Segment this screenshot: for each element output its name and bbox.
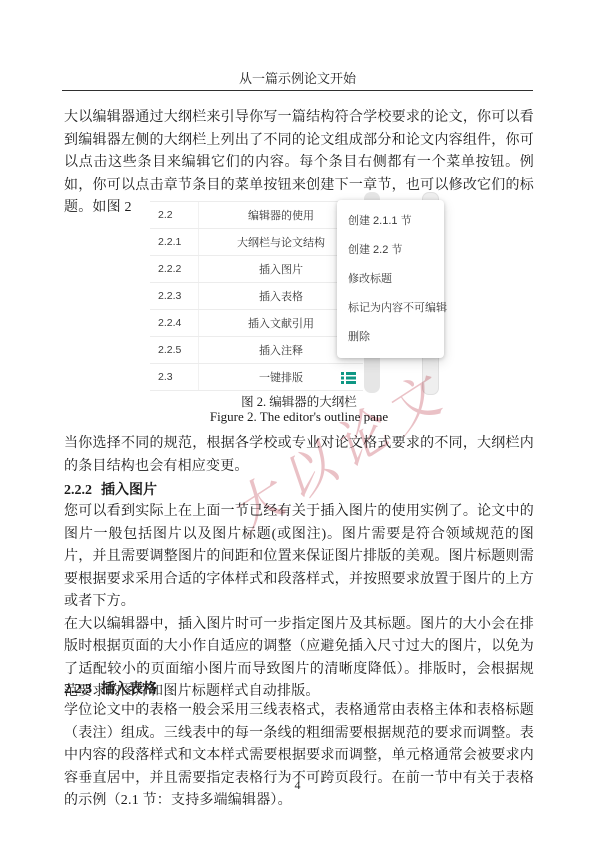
outline-row-number: 2.2.2 bbox=[150, 256, 199, 282]
document-page: 从一篇示例论文开始 大以编辑器通过大纲栏来引导你写一篇结构符合学校要求的论文，你… bbox=[0, 0, 595, 842]
outline-row-number: 2.2.1 bbox=[150, 229, 199, 255]
outline-row-number: 2.3 bbox=[150, 364, 199, 390]
section-number: 2.2.3 bbox=[64, 682, 92, 697]
outline-row: 2.2.5插入注释 bbox=[150, 337, 363, 364]
outline-row-number: 2.2.4 bbox=[150, 310, 199, 336]
menu-item: 创建 2.2 节 bbox=[337, 236, 444, 265]
outline-row-number: 2.2.5 bbox=[150, 337, 199, 363]
menu-item: 删除 bbox=[337, 323, 444, 352]
page-number: 4 bbox=[0, 778, 595, 793]
outline-row: 2.2.3插入表格 bbox=[150, 283, 363, 310]
menu-item: 创建 2.1.1 节 bbox=[337, 207, 444, 236]
running-header: 从一篇示例论文开始 bbox=[62, 68, 533, 91]
paragraph: 您可以看到实际上在上面一节已经有关于插入图片的使用实例了。论文中的图片一般包括图… bbox=[64, 501, 534, 614]
outline-row: 2.2.4插入文献引用 bbox=[150, 310, 363, 337]
outline-row-number: 2.2 bbox=[150, 202, 199, 228]
outline-row: 2.2.2插入图片 bbox=[150, 256, 363, 283]
section-title: 插入表格 bbox=[101, 680, 157, 696]
outline-row-title: 一键排版 bbox=[199, 369, 363, 385]
section-context-menu: 创建 2.1.1 节创建 2.2 节修改标题标记为内容不可编辑删除 bbox=[337, 200, 444, 358]
section-number: 2.2.2 bbox=[64, 483, 92, 498]
outline-row-number: 2.2.3 bbox=[150, 283, 199, 309]
figure-caption-zh: 图 2. 编辑器的大纲栏 bbox=[64, 392, 534, 410]
section-2-2-3-body: 学位论文中的表格一般会采用三线表格式，表格通常由表格主体和表格标题（表注）组成。… bbox=[64, 700, 534, 813]
section-2-2-2-body: 您可以看到实际上在上面一节已经有关于插入图片的使用实例了。论文中的图片一般包括图… bbox=[64, 501, 534, 704]
outline-rows: 2.2编辑器的使用2.2.1大纲栏与论文结构2.2.2插入图片2.2.3插入表格… bbox=[150, 202, 363, 391]
menu-item: 标记为内容不可编辑 bbox=[337, 294, 444, 323]
outline-row: 2.2.1大纲栏与论文结构 bbox=[150, 229, 363, 256]
paragraph: 学位论文中的表格一般会采用三线表格式，表格通常由表格主体和表格标题（表注）组成。… bbox=[64, 700, 534, 813]
menu-item: 修改标题 bbox=[337, 265, 444, 294]
outline-row: 2.2编辑器的使用 bbox=[150, 202, 363, 229]
figure-caption-en: Figure 2. The editor's outline pane bbox=[64, 409, 534, 425]
outline-table: 2.2编辑器的使用2.2.1大纲栏与论文结构2.2.2插入图片2.2.3插入表格… bbox=[150, 196, 363, 390]
paragraph-after-figure: 当你选择不同的规范，根据各学校或专业对论文格式要求的不同，大纲栏内的条目结构也会… bbox=[64, 433, 534, 478]
outline-row: 2.3一键排版 bbox=[150, 364, 363, 391]
section-title: 插入图片 bbox=[101, 481, 157, 497]
section-heading-2-2-3: 2.2.3插入表格 bbox=[64, 678, 534, 698]
list-icon bbox=[341, 371, 356, 389]
figure-outline-pane: 2.2编辑器的使用2.2.1大纲栏与论文结构2.2.2插入图片2.2.3插入表格… bbox=[64, 196, 534, 390]
section-heading-2-2-2: 2.2.2插入图片 bbox=[64, 479, 534, 499]
